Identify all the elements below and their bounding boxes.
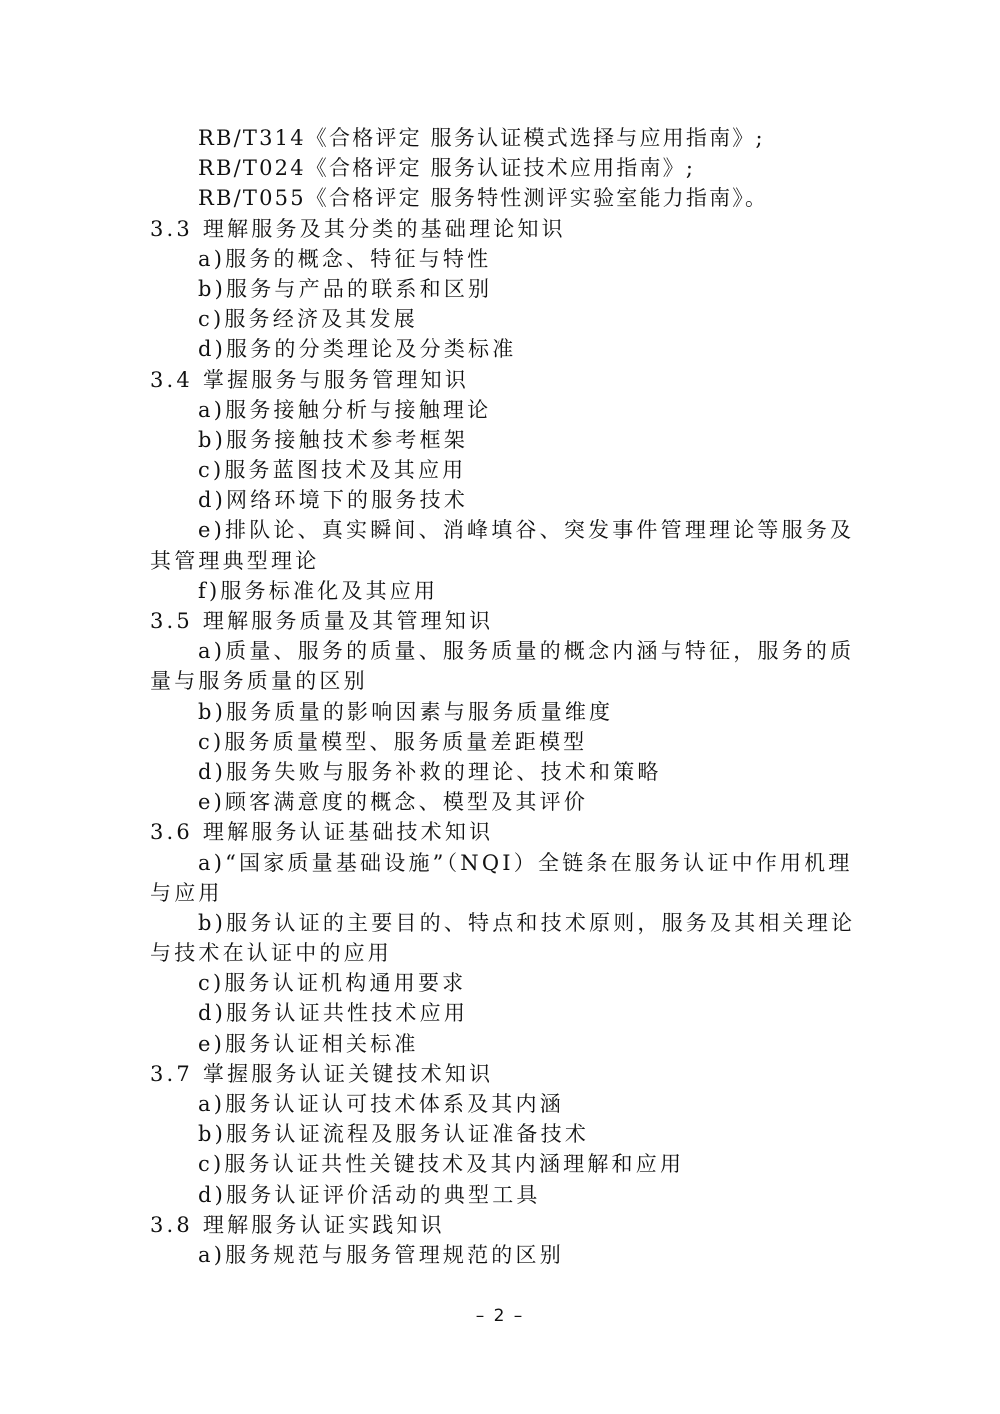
list-item: d)网络环境下的服务技术: [150, 485, 840, 515]
section-heading-3-4: 3.4 掌握服务与服务管理知识: [150, 365, 840, 395]
list-item: c)服务认证机构通用要求: [150, 968, 840, 998]
list-item: a)服务接触分析与接触理论: [150, 395, 840, 425]
list-item: a)质量、服务的质量、服务质量的概念内涵与特征，服务的质: [150, 636, 840, 666]
list-item: a)服务规范与服务管理规范的区别: [150, 1240, 840, 1270]
document-page: RB/T314《合格评定 服务认证模式选择与应用指南》; RB/T024《合格评…: [150, 123, 840, 1270]
page-number: – 2 –: [0, 1306, 1000, 1326]
list-item: c)服务认证共性关键技术及其内涵理解和应用: [150, 1149, 840, 1179]
list-item: c)服务经济及其发展: [150, 304, 840, 334]
list-item: b)服务认证流程及服务认证准备技术: [150, 1119, 840, 1149]
section-heading-3-8: 3.8 理解服务认证实践知识: [150, 1210, 840, 1240]
list-item-continuation: 其管理典型理论: [150, 546, 840, 576]
list-item: a)服务的概念、特征与特性: [150, 244, 840, 274]
reference-line: RB/T055《合格评定 服务特性测评实验室能力指南》。: [150, 183, 840, 213]
list-item: e)顾客满意度的概念、模型及其评价: [150, 787, 840, 817]
list-item: e)服务认证相关标准: [150, 1029, 840, 1059]
list-item: d)服务认证评价活动的典型工具: [150, 1180, 840, 1210]
list-item: f)服务标准化及其应用: [150, 576, 840, 606]
section-heading-3-5: 3.5 理解服务质量及其管理知识: [150, 606, 840, 636]
reference-line: RB/T024《合格评定 服务认证技术应用指南》;: [150, 153, 840, 183]
list-item: d)服务的分类理论及分类标准: [150, 334, 840, 364]
list-item-continuation: 量与服务质量的区别: [150, 666, 840, 696]
list-item: a)“国家质量基础设施”（NQI）全链条在服务认证中作用机理: [150, 848, 840, 878]
list-item: b)服务认证的主要目的、特点和技术原则，服务及其相关理论: [150, 908, 840, 938]
section-heading-3-7: 3.7 掌握服务认证关键技术知识: [150, 1059, 840, 1089]
list-item: e)排队论、真实瞬间、消峰填谷、突发事件管理理论等服务及: [150, 515, 840, 545]
section-heading-3-6: 3.6 理解服务认证基础技术知识: [150, 817, 840, 847]
list-item: d)服务认证共性技术应用: [150, 998, 840, 1028]
reference-line: RB/T314《合格评定 服务认证模式选择与应用指南》;: [150, 123, 840, 153]
list-item: a)服务认证认可技术体系及其内涵: [150, 1089, 840, 1119]
list-item: b)服务接触技术参考框架: [150, 425, 840, 455]
list-item: b)服务与产品的联系和区别: [150, 274, 840, 304]
list-item: b)服务质量的影响因素与服务质量维度: [150, 697, 840, 727]
list-item: c)服务蓝图技术及其应用: [150, 455, 840, 485]
list-item: c)服务质量模型、服务质量差距模型: [150, 727, 840, 757]
list-item-continuation: 与技术在认证中的应用: [150, 938, 840, 968]
list-item: d)服务失败与服务补救的理论、技术和策略: [150, 757, 840, 787]
section-heading-3-3: 3.3 理解服务及其分类的基础理论知识: [150, 214, 840, 244]
list-item-continuation: 与应用: [150, 878, 840, 908]
